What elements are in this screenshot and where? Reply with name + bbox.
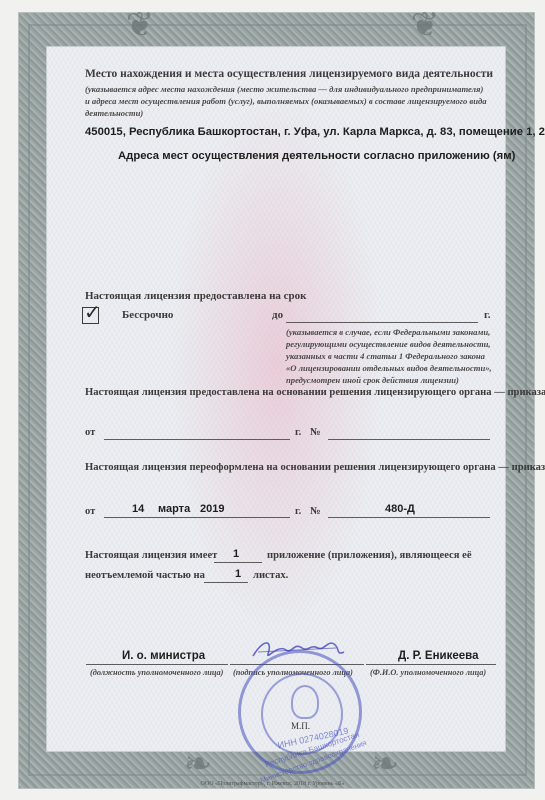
- reissue-from-label: от: [85, 506, 95, 517]
- position-caption: (должность уполномоченного лица): [90, 668, 223, 677]
- term-note-line3: указанных в части 4 статьи 1 Федеральног…: [286, 351, 485, 361]
- ornament-top-left-icon: ❦: [110, 6, 170, 46]
- until-date-line: [286, 322, 478, 323]
- signature-icon: [248, 634, 348, 664]
- ornament-bottom-left-icon: ❧: [168, 745, 228, 785]
- basis-number-label: №: [310, 427, 321, 438]
- signer-position: И. о. министра: [122, 650, 205, 662]
- basis-date-line: [104, 439, 290, 440]
- term-note-line2: регулирующими осуществление видов деятел…: [286, 339, 491, 349]
- location-note-line1: (указывается адрес места нахождения (мес…: [85, 84, 483, 94]
- reissue-heading: Настоящая лицензия переоформлена на осно…: [85, 462, 545, 473]
- indefinite-label: Бессрочно: [122, 309, 173, 321]
- term-note-line4: «О лицензировании отдельных видов деятел…: [286, 363, 492, 373]
- appendix-line1-suffix: приложение (приложения), являющееся её: [267, 550, 472, 561]
- name-caption: (Ф.И.О. уполномоченного лица): [370, 668, 486, 677]
- location-note-line3: деятельности): [85, 108, 143, 118]
- appendix-sheets: 1: [235, 568, 241, 580]
- term-note-line5: предусмотрен иной срок действия лицензии…: [286, 375, 459, 385]
- basis-from-label: от: [85, 427, 95, 438]
- printer-imprint: ООО «Полиграфмастер», г. Ижевск, 2018 г.…: [0, 781, 545, 787]
- appendix-line2-suffix: листах.: [253, 570, 288, 581]
- appendix-count: 1: [233, 548, 239, 560]
- reissue-date-line: [104, 517, 290, 518]
- stamp-mp: М.П.: [291, 721, 310, 731]
- position-line: [86, 664, 228, 665]
- emblem-icon: [291, 685, 319, 719]
- checkmark-icon: ✓: [84, 300, 101, 324]
- reissue-number-line: [328, 517, 490, 518]
- reissue-number-label: №: [310, 506, 321, 517]
- addresses-note: Адреса мест осуществления деятельности с…: [118, 150, 515, 162]
- license-address: 450015, Республика Башкортостан, г. Уфа,…: [85, 126, 545, 138]
- reissue-day: 14: [132, 503, 144, 515]
- ornament-top-right-icon: ❦: [395, 6, 455, 46]
- license-page: ❦ ❦ ❧ ❧ Место нахождения и места осущест…: [0, 0, 545, 800]
- official-stamp: М.П. ИНН 0274028019 Республика Башкортос…: [238, 650, 362, 774]
- appendix-count-line: [214, 562, 262, 563]
- ornament-bottom-right-icon: ❧: [355, 745, 415, 785]
- appendix-sheets-line: [204, 582, 248, 583]
- reissue-number: 480-Д: [385, 503, 415, 515]
- indefinite-checkbox[interactable]: ✓: [82, 307, 99, 324]
- term-heading: Настоящая лицензия предоставлена на срок: [85, 290, 307, 302]
- term-note-line1: (указывается в случае, если Федеральными…: [286, 327, 490, 337]
- reissue-month: марта: [158, 503, 190, 515]
- basis-number-line: [328, 439, 490, 440]
- basis-heading: Настоящая лицензия предоставлена на осно…: [85, 387, 545, 398]
- reissue-year-suffix: г.: [295, 506, 301, 517]
- appendix-line2-prefix: неотъемлемой частью на: [85, 570, 205, 581]
- basis-year-suffix: г.: [295, 427, 301, 438]
- location-note-line2: и адреса мест осуществления работ (услуг…: [85, 96, 487, 106]
- until-year-suffix: г.: [484, 309, 491, 321]
- until-label: до: [272, 309, 283, 321]
- signer-name: Д. Р. Еникеева: [398, 650, 478, 662]
- name-line: [366, 664, 496, 665]
- location-heading: Место нахождения и места осуществления л…: [85, 68, 493, 80]
- reissue-year: 2019: [200, 503, 224, 515]
- appendix-line1-prefix: Настоящая лицензия имеет: [85, 550, 217, 561]
